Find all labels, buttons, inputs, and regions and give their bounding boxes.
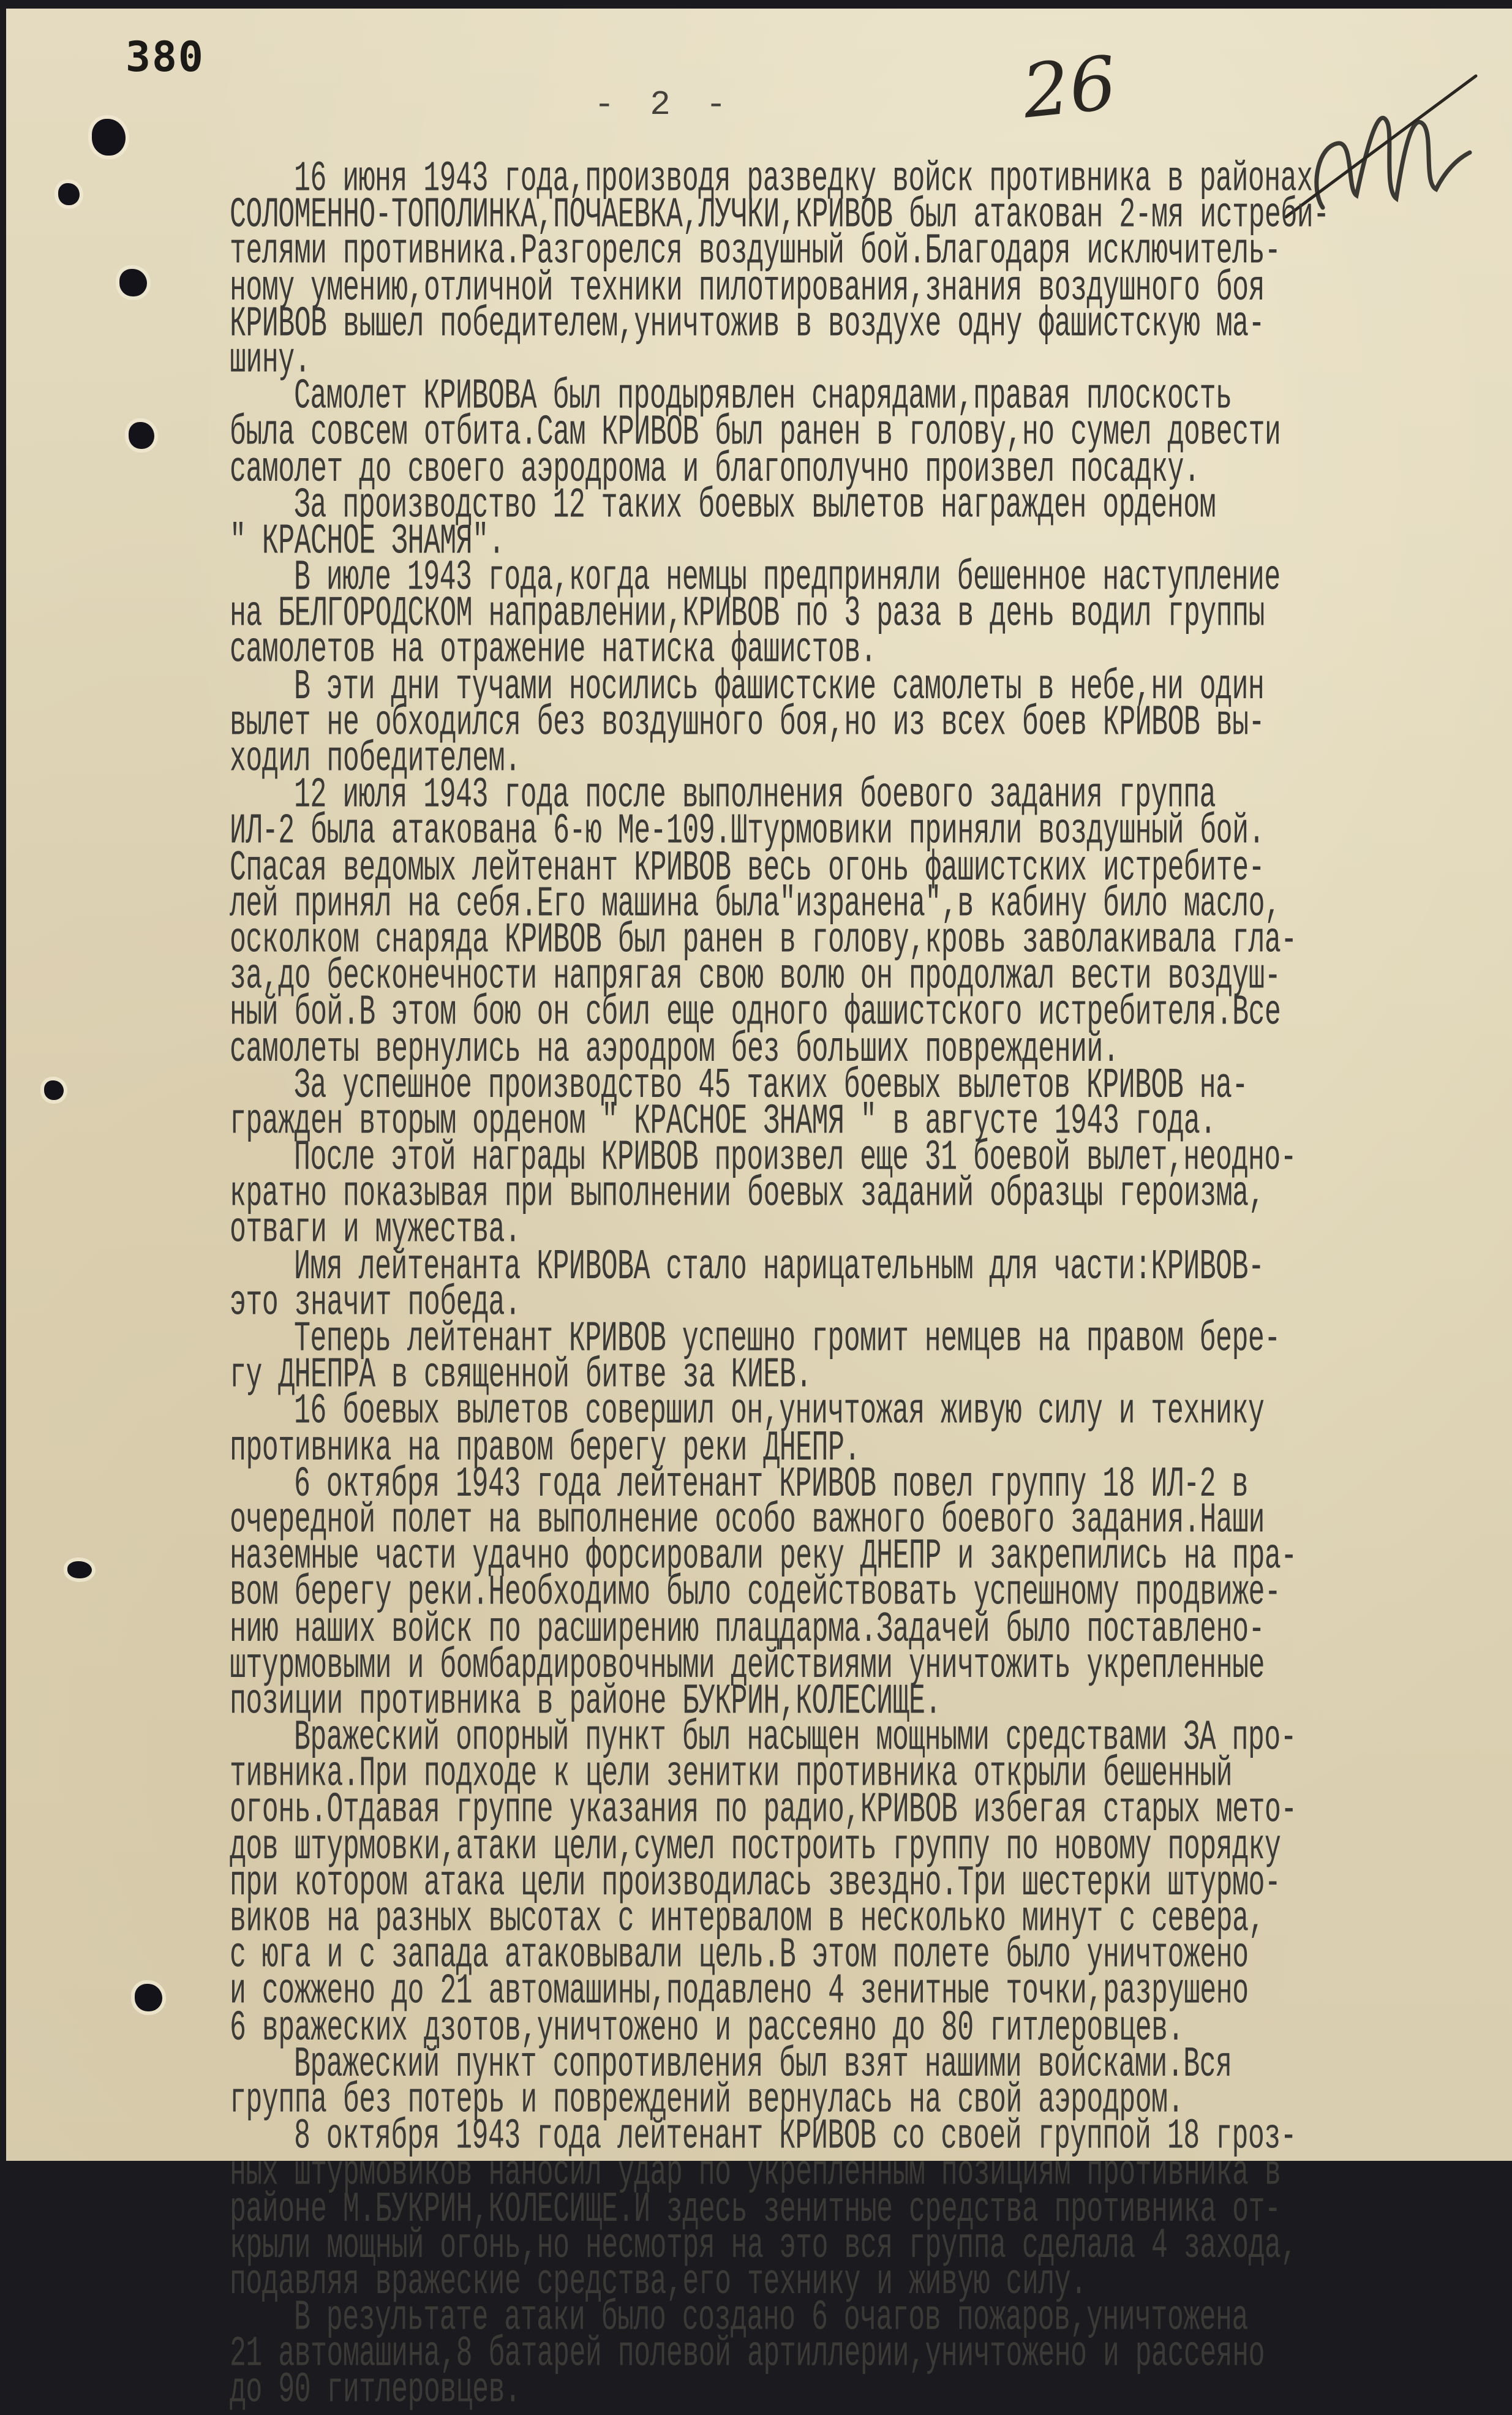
binder-hole-icon (58, 183, 80, 205)
binder-hole-icon (44, 1080, 64, 1100)
text-line: ных штурмовиков наносил удар по укреплен… (230, 2155, 1503, 2161)
archive-page-number: 380 (126, 33, 205, 81)
handwritten-number: 26 (1018, 40, 1120, 135)
binder-hole-icon (92, 119, 126, 156)
document-page: 380 - 2 - 26 16 июня 1943 года,производя… (6, 9, 1512, 2161)
document-body: 16 июня 1943 года,производя разведку вой… (230, 162, 1503, 2161)
binder-hole-icon (135, 1984, 162, 2011)
binder-hole-icon (129, 422, 154, 449)
text-line: КРИВОВ вышел победителем,уничтожив в воз… (230, 307, 1503, 343)
binder-hole-icon (119, 269, 147, 296)
page-marker: - 2 - (594, 85, 734, 124)
binder-hole-icon (67, 1561, 92, 1578)
